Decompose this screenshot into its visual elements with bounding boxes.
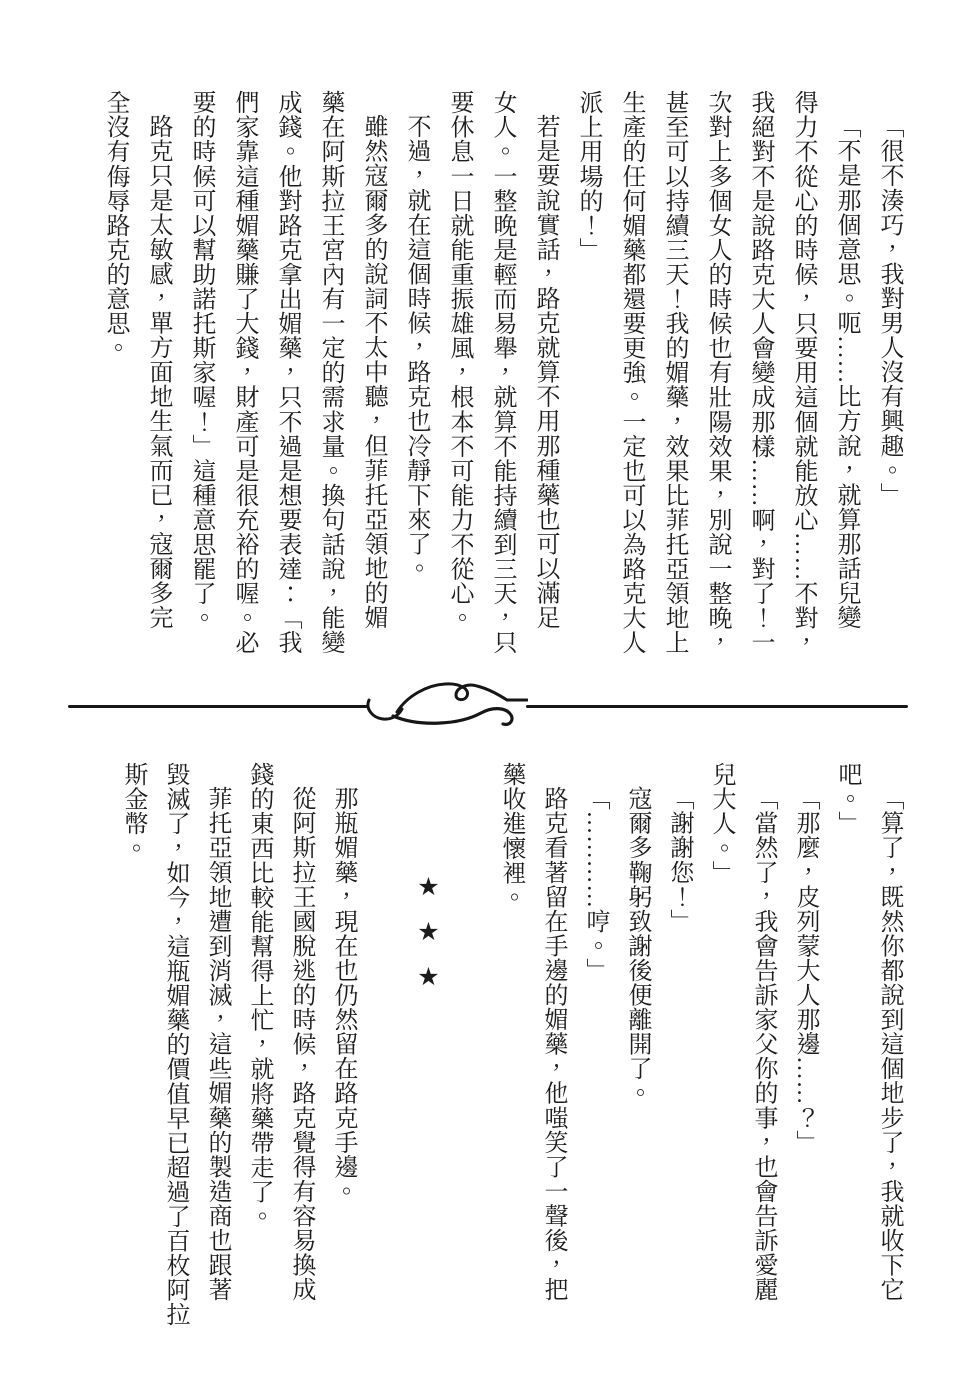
paragraph: 路克看著留在手邊的媚藥，他嗤笑了一聲後，把 藥收進懷裡。 — [490, 762, 574, 1340]
flourish-icon — [366, 680, 528, 732]
paragraph: 「算了，既然你都說到這個地步了，我就收下它 吧。」 — [826, 762, 910, 1340]
paragraph: 若是要說實話，路克就算不用那種藥也可以滿足 女人。一整晚是輕而易舉，就算不能持續… — [437, 90, 566, 668]
paragraph: 「很不湊巧，我對男人沒有興趣。」 — [867, 90, 910, 668]
section-break-stars: ★★★ — [406, 762, 448, 1340]
paragraph: 菲托亞領地遭到消滅，這些媚藥的製造商也跟著 毀滅了，如今，這瓶媚藥的價值早已超過… — [112, 762, 238, 1340]
paragraph: 路克只是太敏感，單方面地生氣而已，寇爾多完 全沒有侮辱路克的意思。 — [93, 90, 179, 668]
paragraph: 「那麼，皮列蒙大人那邊……？」 — [784, 762, 826, 1340]
paragraph: 那瓶媚藥，現在也仍然留在路克手邊。 — [322, 762, 364, 1340]
book-page: 「很不湊巧，我對男人沒有興趣。」 「不是那個意思。呃……比方說，就算那話兒變 得… — [0, 0, 980, 1389]
paragraph: 寇爾多鞠躬致謝後便離開了。 — [616, 762, 658, 1340]
section-divider — [68, 680, 908, 732]
paragraph: 雖然寇爾多的說詞不太中聽，但菲托亞領地的媚 藥在阿斯拉王宮內有一定的需求量。換句… — [179, 90, 394, 668]
top-section: 「很不湊巧，我對男人沒有興趣。」 「不是那個意思。呃……比方說，就算那話兒變 得… — [93, 90, 910, 668]
paragraph: 「不是那個意思。呃……比方說，就算那話兒變 得力不從心的時候，只要用這個就能放心… — [566, 90, 867, 668]
divider-rule-right — [526, 705, 908, 708]
paragraph: 從阿斯拉王國脫逃的時候，路克覺得有容易換成 錢的東西比較能幫得上忙，就將藥帶走了… — [238, 762, 322, 1340]
paragraph: 不過，就在這個時候，路克也冷靜下來了。 — [394, 90, 437, 668]
paragraph: 「謝謝您！」 — [658, 762, 700, 1340]
divider-rule-left — [68, 705, 368, 708]
paragraph: 「當然了，我會告訴家父你的事，也會告訴愛麗 兒大人。」 — [700, 762, 784, 1340]
paragraph: 「…………哼。」 — [574, 762, 616, 1340]
bottom-section: 「算了，既然你都說到這個地步了，我就收下它 吧。」 「那麼，皮列蒙大人那邊……？… — [112, 762, 910, 1340]
